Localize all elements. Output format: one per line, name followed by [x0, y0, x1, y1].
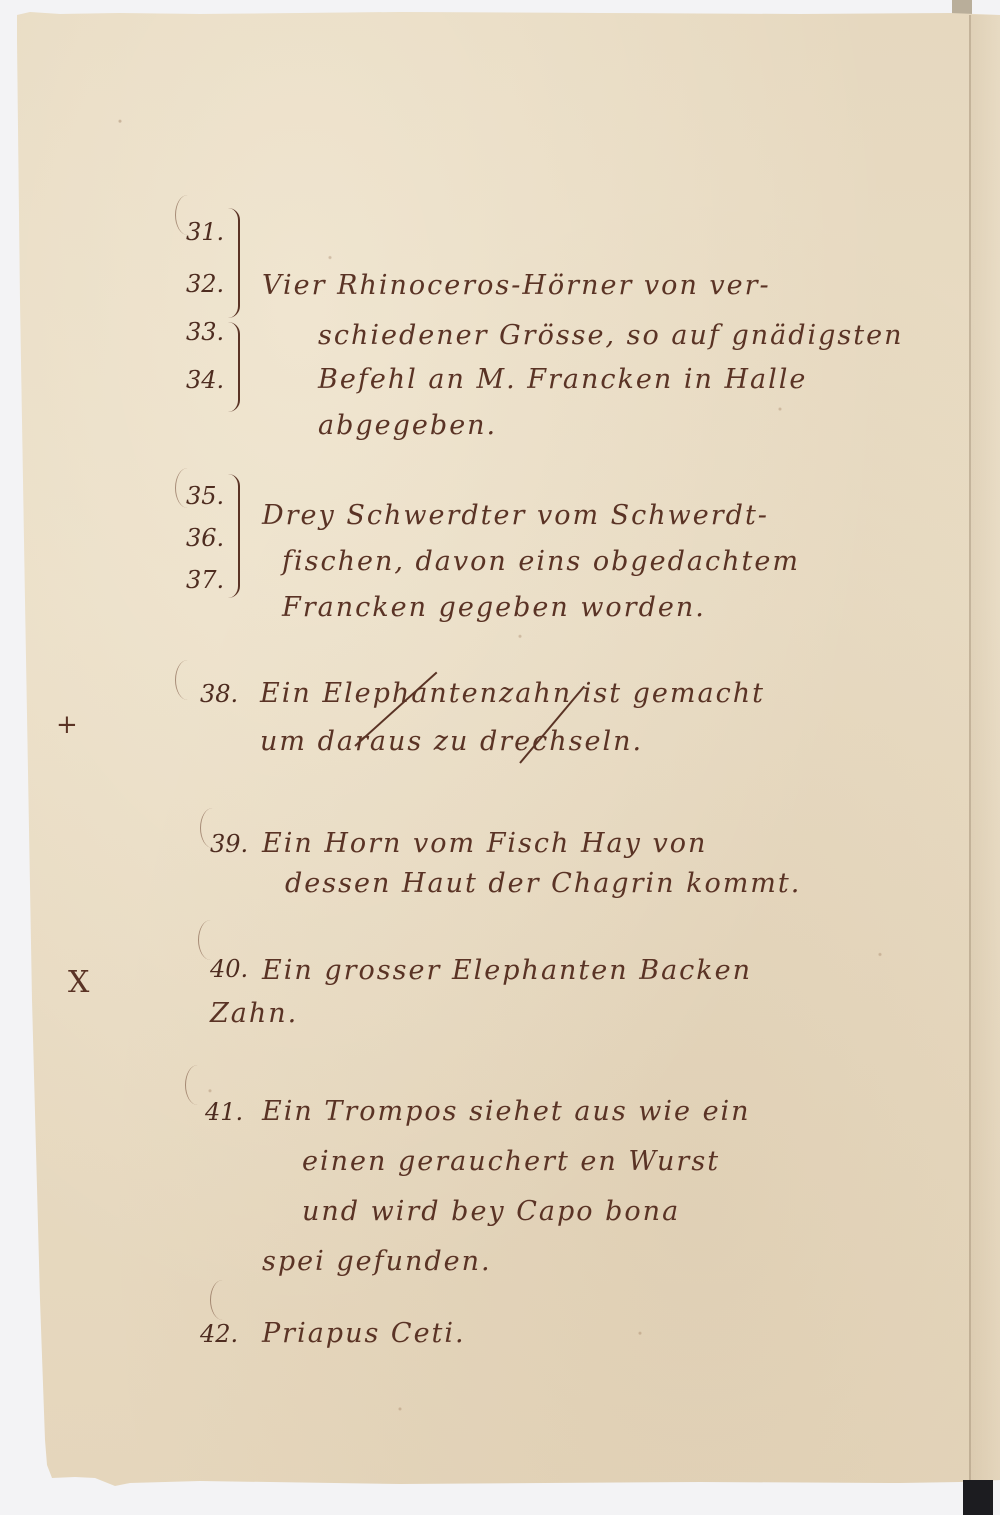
- entry-text-line: fischen, davon eins obgedachtem: [282, 546, 800, 577]
- entry-text-line: spei gefunden.: [262, 1246, 492, 1277]
- grouping-brace: [224, 474, 240, 598]
- entry-text-line: um daraus zu drechseln.: [260, 726, 643, 757]
- entry-text-line: abgegeben.: [318, 410, 497, 441]
- item-number: 36.: [186, 524, 224, 552]
- entry-text-line: Vier Rhinoceros-Hörner von ver-: [262, 270, 771, 301]
- page-fold-line: [969, 15, 971, 1480]
- item-number: 38.: [200, 680, 238, 708]
- entry-text-line: Ein grosser Elephanten Backen: [262, 955, 752, 986]
- entry-text-line: einen gerauchert en Wurst: [302, 1146, 720, 1177]
- number-swash: [175, 660, 200, 700]
- number-swash: [198, 920, 223, 960]
- item-number: 39.: [210, 830, 248, 858]
- item-number: 35.: [186, 482, 224, 510]
- adjacent-leaf-edge: [971, 15, 1000, 1480]
- grouping-brace: [224, 322, 240, 412]
- item-number: 33.: [186, 318, 224, 346]
- scanned-manuscript: 31. 32. 33. 34. Vier Rhinoceros-Hörner v…: [0, 0, 1000, 1515]
- item-number: 37.: [186, 566, 224, 594]
- entry-text-line: Drey Schwerdter vom Schwerdt-: [262, 500, 769, 531]
- item-number: 32.: [186, 270, 224, 298]
- entry-text-line: und wird bey Capo bona: [302, 1196, 680, 1227]
- item-number: 42.: [200, 1320, 238, 1348]
- margin-x-mark: X: [68, 965, 89, 1000]
- grouping-brace: [224, 208, 240, 318]
- item-number: 41.: [205, 1098, 243, 1126]
- entry-text-line: Ein Horn vom Fisch Hay von: [262, 828, 707, 859]
- entry-text-line: Francken gegeben worden.: [282, 592, 706, 623]
- entry-text-line: Ein Trompos siehet aus wie ein: [262, 1096, 751, 1127]
- entry-text-line: Zahn.: [210, 998, 298, 1029]
- entry-text-line: schiedener Grösse, so auf gnädigsten: [318, 320, 904, 351]
- entry-text-line: Ein Elephantenzahn ist gemacht: [260, 678, 765, 709]
- item-number: 31.: [186, 218, 224, 246]
- entry-text-line: Priapus Ceti.: [262, 1318, 466, 1349]
- entry-text-line: Befehl an M. Francken in Halle: [318, 364, 807, 395]
- paper-page: [0, 0, 1000, 1515]
- binding-tab-bottom: [963, 1480, 993, 1515]
- margin-plus-mark: +: [56, 710, 78, 740]
- item-number: 40.: [210, 955, 248, 983]
- entry-text-line: dessen Haut der Chagrin kommt.: [285, 868, 801, 899]
- item-number: 34.: [186, 366, 224, 394]
- number-swash: [210, 1280, 235, 1320]
